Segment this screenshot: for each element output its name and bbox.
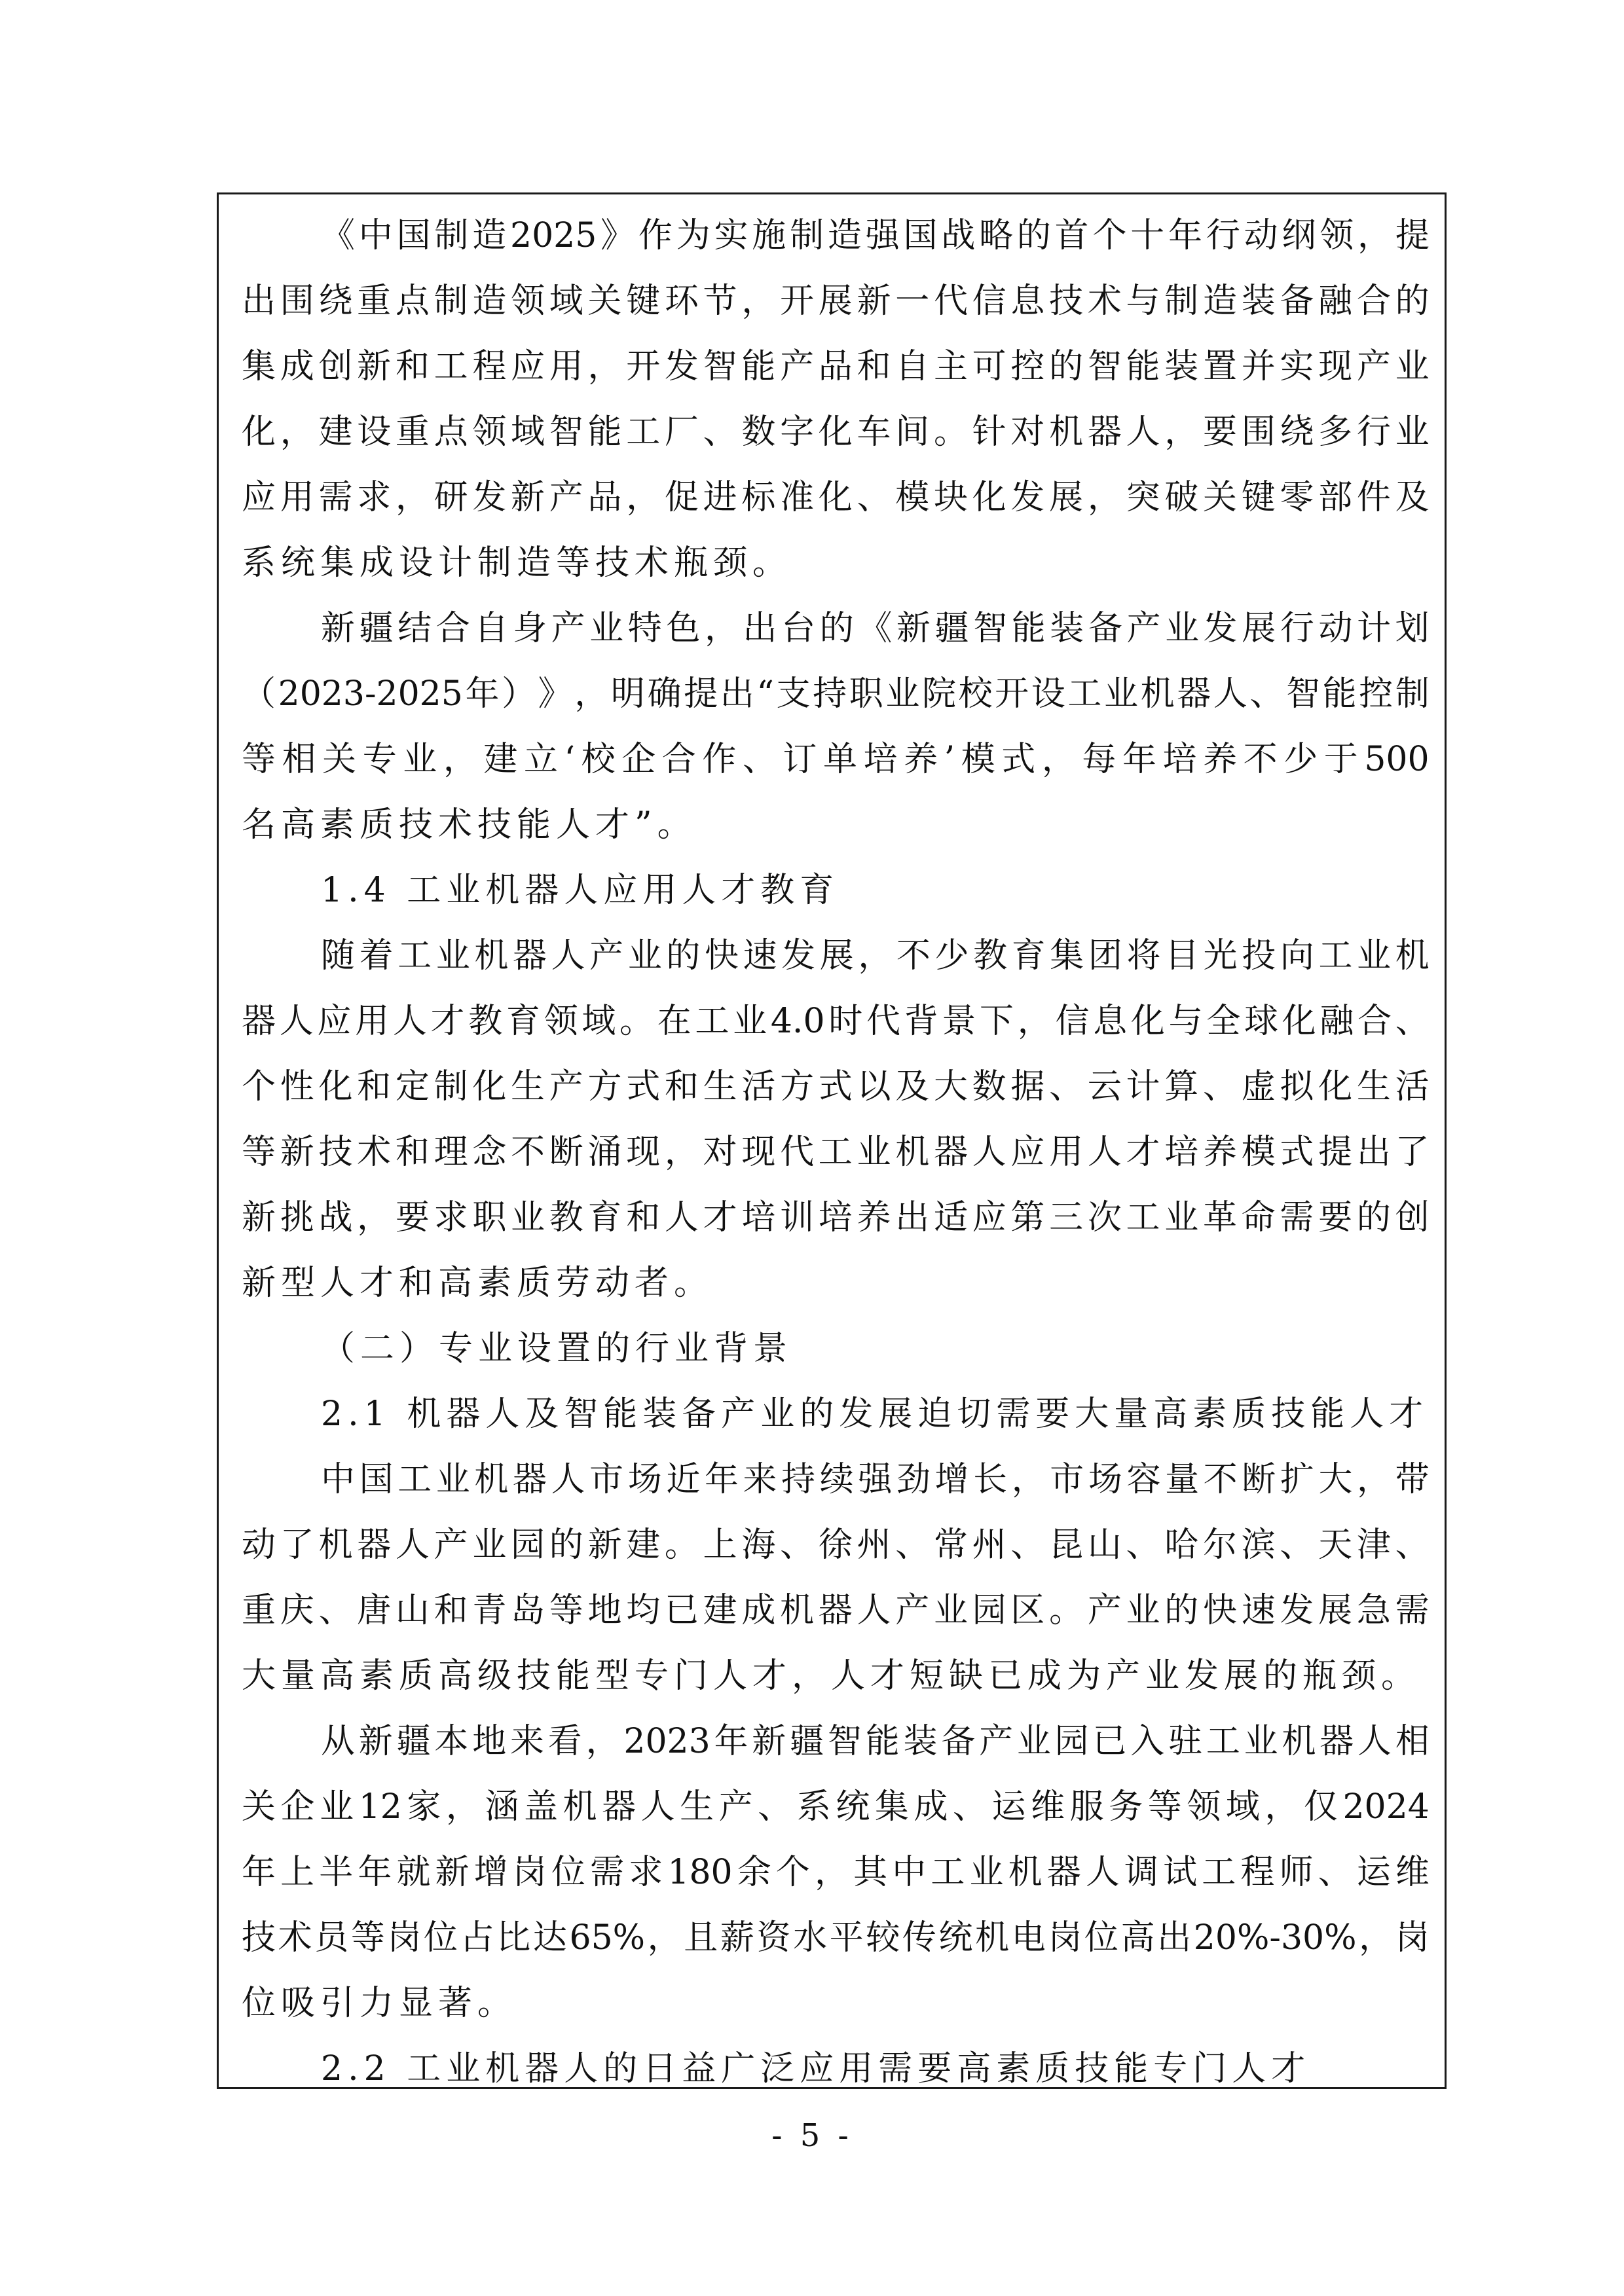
paragraph-xinjiang-action-plan: 新疆结合自身产业特色，出台的《新疆智能装备产业发展行动计划 （2023-2025… [242,596,1430,858]
document-body: 《中国制造2025》作为实施制造强国战略的首个十年行动纲领，提 出围绕重点制造领… [242,203,1430,2102]
text-line: 等相关专业，建立‘校企合作、订单培养’模式，每年培养不少于500 [242,727,1430,792]
paragraph-made-in-china-2025: 《中国制造2025》作为实施制造强国战略的首个十年行动纲领，提 出围绕重点制造领… [242,203,1430,596]
paragraph-robot-talent-education: 随着工业机器人产业的快速发展，不少教育集团将目光投向工业机 器人应用人才教育领域… [242,923,1430,1316]
section-heading-2-1: 2.1 机器人及智能装备产业的发展迫切需要大量高素质技能人才 [242,1381,1430,1447]
page-number: - 5 - [0,2116,1624,2155]
text-line: （2023-2025年）》，明确提出“支持职业院校开设工业机器人、智能控制 [242,661,1430,727]
text-line: 化，建设重点领域智能工厂、数字化车间。针对机器人，要围绕多行业 [242,399,1430,465]
text-line: 器人应用人才教育领域。在工业4.0时代背景下，信息化与全球化融合、 [242,989,1430,1054]
text-line: 集成创新和工程应用，开发智能产品和自主可控的智能装置并实现产业 [242,334,1430,399]
text-line: 个性化和定制化生产方式和生活方式以及大数据、云计算、虚拟化生活 [242,1054,1430,1120]
section-heading-1-4: 1.4 工业机器人应用人才教育 [242,858,1430,923]
text-line: 大量高素质高级技能型专门人才，人才短缺已成为产业发展的瓶颈。 [242,1643,1430,1709]
text-line: 中国工业机器人市场近年来持续强劲增长，市场容量不断扩大，带 [242,1447,1430,1512]
text-line: 年上半年就新增岗位需求180余个，其中工业机器人调试工程师、运维 [242,1840,1430,1905]
text-line: 新疆结合自身产业特色，出台的《新疆智能装备产业发展行动计划 [242,596,1430,661]
text-line: 技术员等岗位占比达65%，且薪资水平较传统机电岗位高出20%-30%，岗 [242,1905,1430,1971]
text-line: 重庆、唐山和青岛等地均已建成机器人产业园区。产业的快速发展急需 [242,1578,1430,1643]
text-line: 系统集成设计制造等技术瓶颈。 [242,530,1430,596]
text-line: 出围绕重点制造领域关键环节，开展新一代信息技术与制造装备融合的 [242,268,1430,334]
text-line: 等新技术和理念不断涌现，对现代工业机器人应用人才培养模式提出了 [242,1120,1430,1185]
text-line: 新型人才和高素质劳动者。 [242,1250,1430,1316]
text-line: 从新疆本地来看，2023年新疆智能装备产业园已入驻工业机器人相 [242,1709,1430,1774]
text-line: 名高素质技术技能人才”。 [242,792,1430,858]
paragraph-xinjiang-local-demand: 从新疆本地来看，2023年新疆智能装备产业园已入驻工业机器人相 关企业12家，涵… [242,1709,1430,2036]
section-heading-2-2: 2.2 工业机器人的日益广泛应用需要高素质技能专门人才 [242,2036,1430,2102]
text-line: 关企业12家，涵盖机器人生产、系统集成、运维服务等领域，仅2024 [242,1774,1430,1840]
text-line: 应用需求，研发新产品，促进标准化、模块化发展，突破关键零部件及 [242,465,1430,530]
text-line: 新挑战，要求职业教育和人才培训培养出适应第三次工业革命需要的创 [242,1185,1430,1250]
text-line: 位吸引力显著。 [242,1971,1430,2036]
paragraph-china-robot-market: 中国工业机器人市场近年来持续强劲增长，市场容量不断扩大，带 动了机器人产业园的新… [242,1447,1430,1709]
text-line: 《中国制造2025》作为实施制造强国战略的首个十年行动纲领，提 [242,203,1430,268]
text-line: 动了机器人产业园的新建。上海、徐州、常州、昆山、哈尔滨、天津、 [242,1512,1430,1578]
section-heading-2: （二）专业设置的行业背景 [242,1316,1430,1381]
text-line: 随着工业机器人产业的快速发展，不少教育集团将目光投向工业机 [242,923,1430,989]
content-frame: 《中国制造2025》作为实施制造强国战略的首个十年行动纲领，提 出围绕重点制造领… [217,192,1447,2089]
